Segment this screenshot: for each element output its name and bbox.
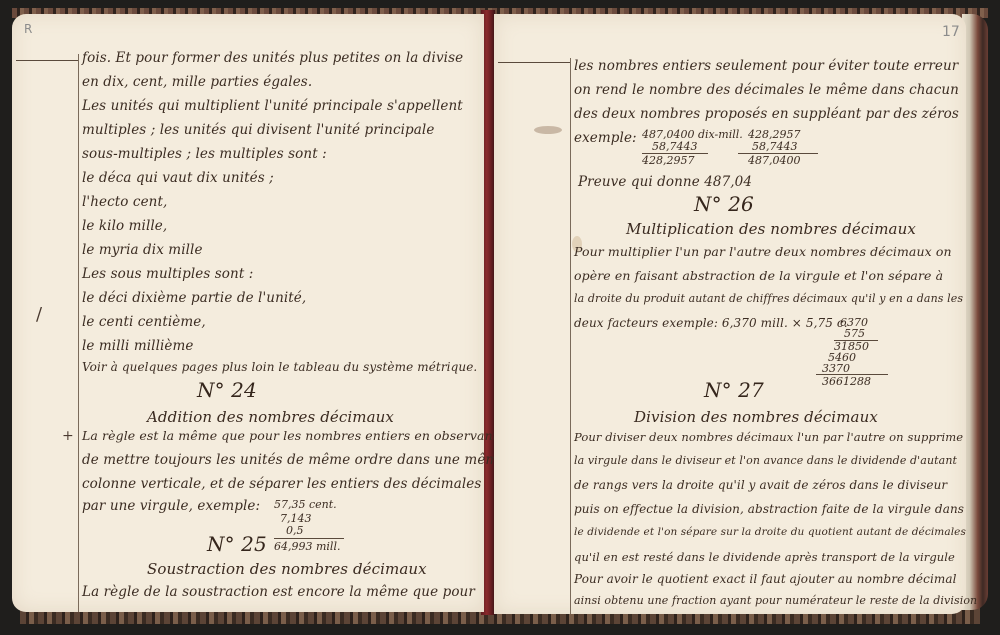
section-number: N° 25 bbox=[207, 532, 267, 556]
text-line: La règle de la soustraction est encore l… bbox=[82, 584, 475, 600]
product-result: 3661288 bbox=[822, 375, 871, 388]
text-line: multiples ; les unités qui divisent l'un… bbox=[82, 122, 434, 138]
text-line: deux facteurs exemple: 6,370 mill. × 5,7… bbox=[574, 316, 848, 330]
margin-tick: / bbox=[36, 304, 42, 325]
text-line: la droite du produit autant de chiffres … bbox=[574, 292, 963, 305]
text-line: le milli millième bbox=[82, 338, 194, 354]
section-title: Soustraction des nombres décimaux bbox=[147, 560, 427, 578]
text-line: sous-multiples ; les multiples sont : bbox=[82, 146, 327, 162]
text-line: Preuve qui donne 487,04 bbox=[578, 174, 752, 190]
margin-rule bbox=[570, 58, 571, 614]
left-page: R fois. Et pour former des unités plus p… bbox=[12, 14, 484, 612]
right-page: 17 les nombres entiers seulement pour év… bbox=[494, 14, 966, 614]
ink-smudge bbox=[534, 126, 562, 134]
margin-rule bbox=[78, 54, 79, 612]
sum-rule bbox=[274, 538, 344, 539]
text-line: Voir à quelques pages plus loin le table… bbox=[82, 360, 477, 374]
proof-result: 487,0400 bbox=[748, 154, 801, 167]
section-number: N° 26 bbox=[694, 192, 754, 216]
text-line: opère en faisant abstraction de la virgu… bbox=[574, 268, 943, 283]
text-line: La règle est la même que pour les nombre… bbox=[82, 428, 498, 443]
text-line: Les sous multiples sont : bbox=[82, 266, 253, 282]
section-title: Multiplication des nombres décimaux bbox=[626, 220, 916, 238]
text-line: Les unités qui multiplient l'unité princ… bbox=[82, 98, 463, 114]
text-line: en dix, cent, mille parties égales. bbox=[82, 74, 312, 90]
text-line: colonne verticale, et de séparer les ent… bbox=[82, 476, 481, 492]
page-number: 17 bbox=[942, 24, 960, 40]
text-line: Pour multiplier l'un par l'autre deux no… bbox=[574, 244, 952, 259]
section-title: Addition des nombres décimaux bbox=[147, 408, 394, 426]
header-rule bbox=[16, 60, 78, 61]
section-number: N° 24 bbox=[197, 378, 257, 402]
text-line: on rend le nombre des décimales le même … bbox=[574, 82, 959, 98]
text-line: par une virgule, exemple: bbox=[82, 498, 260, 514]
text-line: fois. Et pour former des unités plus pet… bbox=[82, 50, 463, 66]
text-line: Pour diviser deux nombres décimaux l'un … bbox=[574, 430, 963, 444]
proof-add: 58,7443 bbox=[752, 140, 798, 153]
section-number: N° 27 bbox=[704, 378, 764, 402]
text-line: puis on effectue la division, abstractio… bbox=[574, 502, 964, 516]
text-line: le myria dix mille bbox=[82, 242, 203, 258]
addition-row: 0,5 bbox=[286, 524, 304, 537]
product-row: 575 bbox=[844, 327, 865, 340]
addition-row: 57,35 cent. bbox=[274, 498, 337, 511]
text-line: de mettre toujours les unités de même or… bbox=[82, 452, 506, 468]
text-line: ainsi obtenu une fraction ayant pour num… bbox=[574, 594, 977, 607]
subtraction-result: 428,2957 bbox=[642, 154, 695, 167]
addition-result: 64,993 mill. bbox=[274, 540, 340, 553]
text-line: le déci dixième partie de l'unité, bbox=[82, 290, 306, 306]
text-line: l'hecto cent, bbox=[82, 194, 167, 210]
text-line: le déca qui vaut dix unités ; bbox=[82, 170, 274, 186]
text-line: Pour avoir le quotient exact il faut ajo… bbox=[574, 572, 957, 586]
text-line: exemple: bbox=[574, 130, 637, 146]
text-line: le centi centième, bbox=[82, 314, 206, 330]
text-line: de rangs vers la droite qu'il y avait de… bbox=[574, 478, 947, 492]
text-line: qu'il en est resté dans le dividende apr… bbox=[574, 550, 955, 564]
text-line: le dividende et l'on sépare sur la droit… bbox=[574, 526, 966, 538]
text-line: la virgule dans le diviseur et l'on avan… bbox=[574, 454, 957, 467]
header-rule bbox=[498, 62, 570, 63]
pencil-mark: R bbox=[24, 22, 32, 36]
text-line: le kilo mille, bbox=[82, 218, 167, 234]
margin-plus-mark: + bbox=[62, 428, 74, 444]
subtraction-subtrahend: 58,7443 bbox=[652, 140, 698, 153]
text-line: les nombres entiers seulement pour évite… bbox=[574, 58, 958, 74]
section-title: Division des nombres décimaux bbox=[634, 408, 878, 426]
text-line: des deux nombres proposés en suppléant p… bbox=[574, 106, 959, 122]
